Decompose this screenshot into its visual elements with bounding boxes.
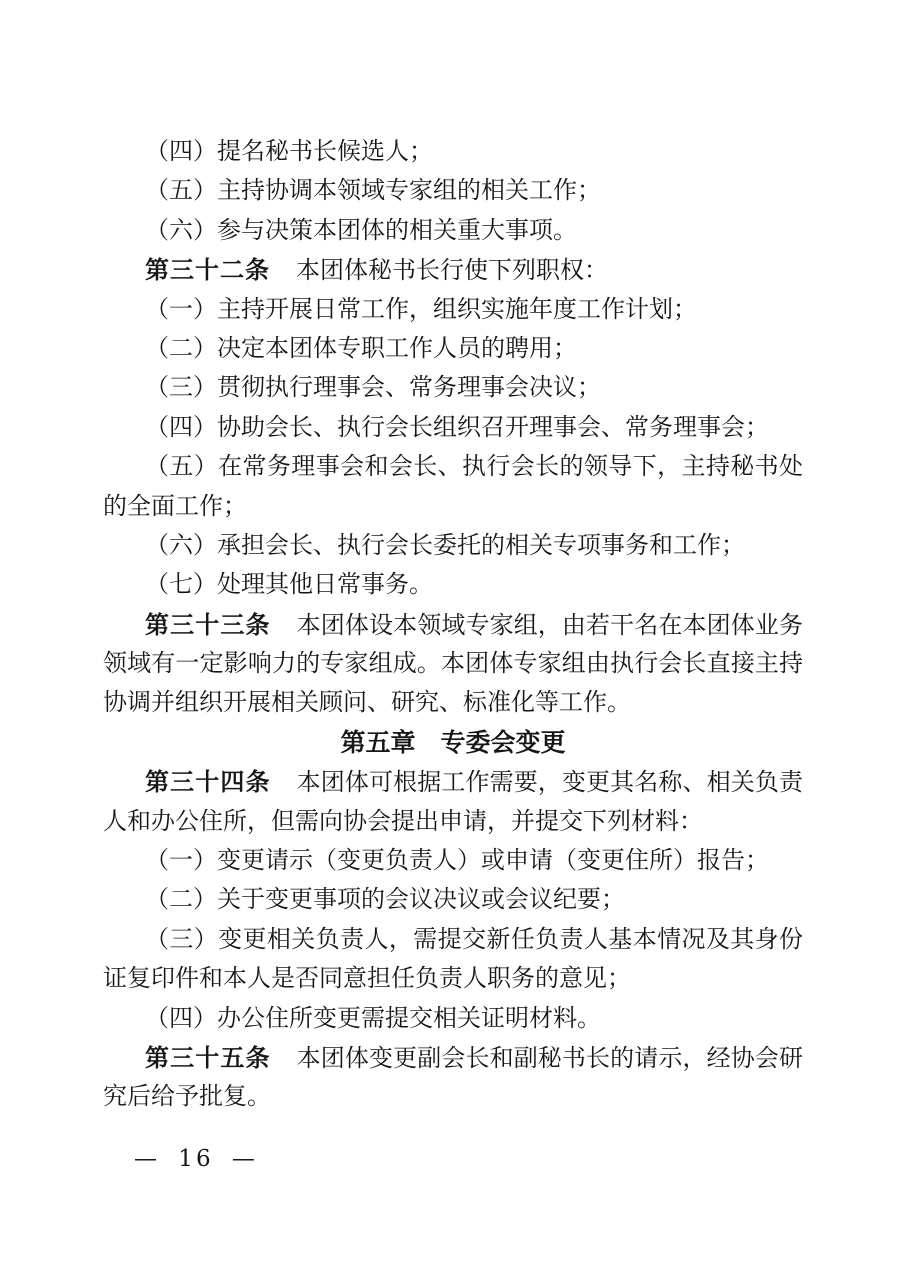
article-number-label: 第三十五条 (145, 1043, 271, 1072)
clause-line: （一）变更请示（变更负责人）或申请（变更住所）报告； (103, 841, 803, 880)
continuation-line: 究后给予批复。 (103, 1077, 803, 1116)
document-body: （四）提名秘书长候选人； （五）主持协调本领域专家组的相关工作； （六）参与决策… (103, 132, 803, 1117)
clause-line: （五）在常务理事会和会长、执行会长的领导下，主持秘书处 (103, 447, 803, 486)
article-number-label: 第三十二条 (145, 255, 270, 284)
document-page: （四）提名秘书长候选人； （五）主持协调本领域专家组的相关工作； （六）参与决策… (0, 0, 900, 1273)
article-text: 本团体可根据工作需要，变更其名称、相关负责 (297, 768, 803, 796)
page-number: — 16 — (134, 1146, 258, 1172)
continuation-line: 领域有一定影响力的专家组成。本团体专家组由执行会长直接主持 (103, 644, 803, 683)
clause-line: （五）主持协调本领域专家组的相关工作； (103, 171, 803, 210)
clause-line: （四）办公住所变更需提交相关证明材料。 (103, 999, 803, 1038)
article-text: 本团体设本领域专家组，由若干名在本团体业务 (297, 611, 803, 639)
clause-line: （四）提名秘书长候选人； (103, 132, 803, 171)
continuation-line: 协调并组织开展相关顾问、研究、标准化等工作。 (103, 683, 803, 722)
article-number-label: 第三十四条 (145, 767, 271, 796)
clause-line: （六）承担会长、执行会长委托的相关专项事务和工作； (103, 526, 803, 565)
clause-line: （二）决定本团体专职工作人员的聘用； (103, 329, 803, 368)
clause-line: （二）关于变更事项的会议决议或会议纪要； (103, 880, 803, 919)
continuation-line: 的全面工作； (103, 487, 803, 526)
continuation-line: 证复印件和本人是否同意担任负责人职务的意见； (103, 959, 803, 998)
article-line: 第三十四条本团体可根据工作需要，变更其名称、相关负责 (103, 762, 803, 801)
article-line: 第三十二条本团体秘书长行使下列职权： (103, 250, 803, 289)
article-text: 本团体秘书长行使下列职权： (296, 256, 608, 284)
article-line: 第三十三条本团体设本领域专家组，由若干名在本团体业务 (103, 605, 803, 644)
chapter-heading: 第五章 专委会变更 (103, 723, 803, 762)
clause-line: （三）贯彻执行理事会、常务理事会决议； (103, 368, 803, 407)
clause-line: （四）协助会长、执行会长组织召开理事会、常务理事会； (103, 408, 803, 447)
article-number-label: 第三十三条 (145, 610, 271, 639)
clause-line: （三）变更相关负责人，需提交新任负责人基本情况及其身份 (103, 920, 803, 959)
clause-line: （一）主持开展日常工作，组织实施年度工作计划； (103, 290, 803, 329)
continuation-line: 人和办公住所，但需向协会提出申请，并提交下列材料： (103, 802, 803, 841)
article-text: 本团体变更副会长和副秘书长的请示，经协会研 (297, 1044, 803, 1072)
article-line: 第三十五条本团体变更副会长和副秘书长的请示，经协会研 (103, 1038, 803, 1077)
clause-line: （六）参与决策本团体的相关重大事项。 (103, 211, 803, 250)
clause-line: （七）处理其他日常事务。 (103, 565, 803, 604)
